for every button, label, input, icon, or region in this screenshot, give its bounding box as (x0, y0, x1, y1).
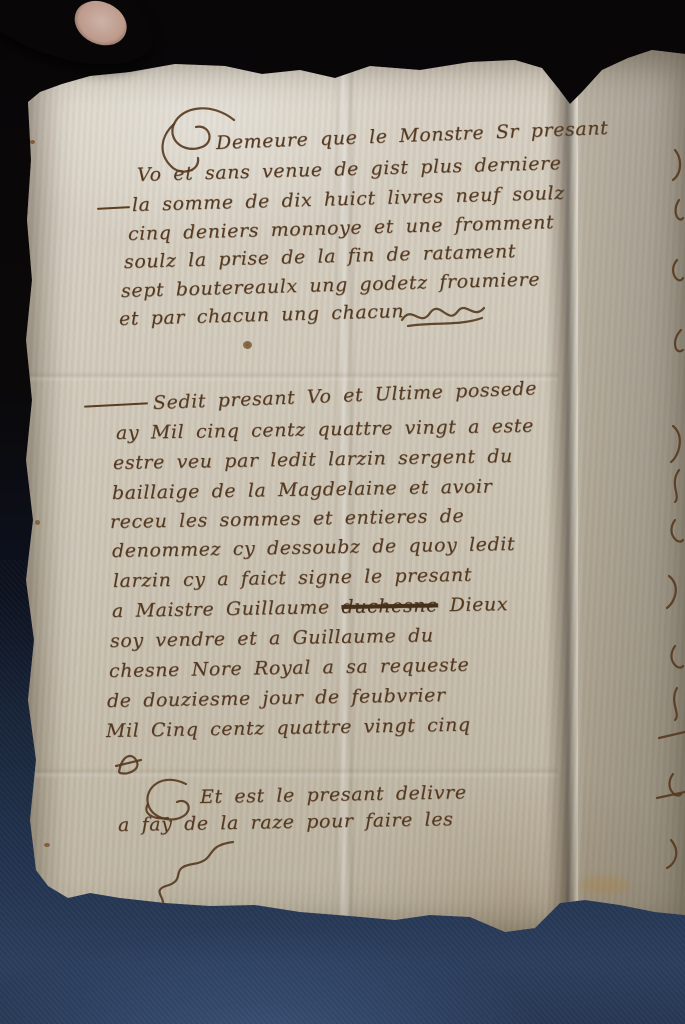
ink-flourish-tail (148, 836, 248, 910)
fingertip (0, 0, 164, 82)
photo-scene: Demeure que le Monstre Sr presant Vo et … (0, 0, 685, 1024)
rust-speck (30, 140, 35, 144)
ink-flourish (398, 296, 488, 338)
struck-word: duchesne (341, 594, 438, 618)
facing-leaf-pen-strokes (645, 140, 685, 870)
fingernail (67, 0, 134, 54)
manuscript-line: Et est le presant delivre (200, 783, 467, 807)
rust-speck (44, 843, 50, 847)
ink-stain (243, 341, 252, 349)
rust-speck (35, 520, 40, 525)
horizontal-crease (30, 768, 558, 778)
line-text: Dieux (438, 593, 509, 616)
manuscript-page: Demeure que le Monstre Sr presant Vo et … (0, 0, 685, 1024)
line-text: a Maistre Guillaume (112, 596, 342, 622)
age-stain (580, 876, 630, 894)
